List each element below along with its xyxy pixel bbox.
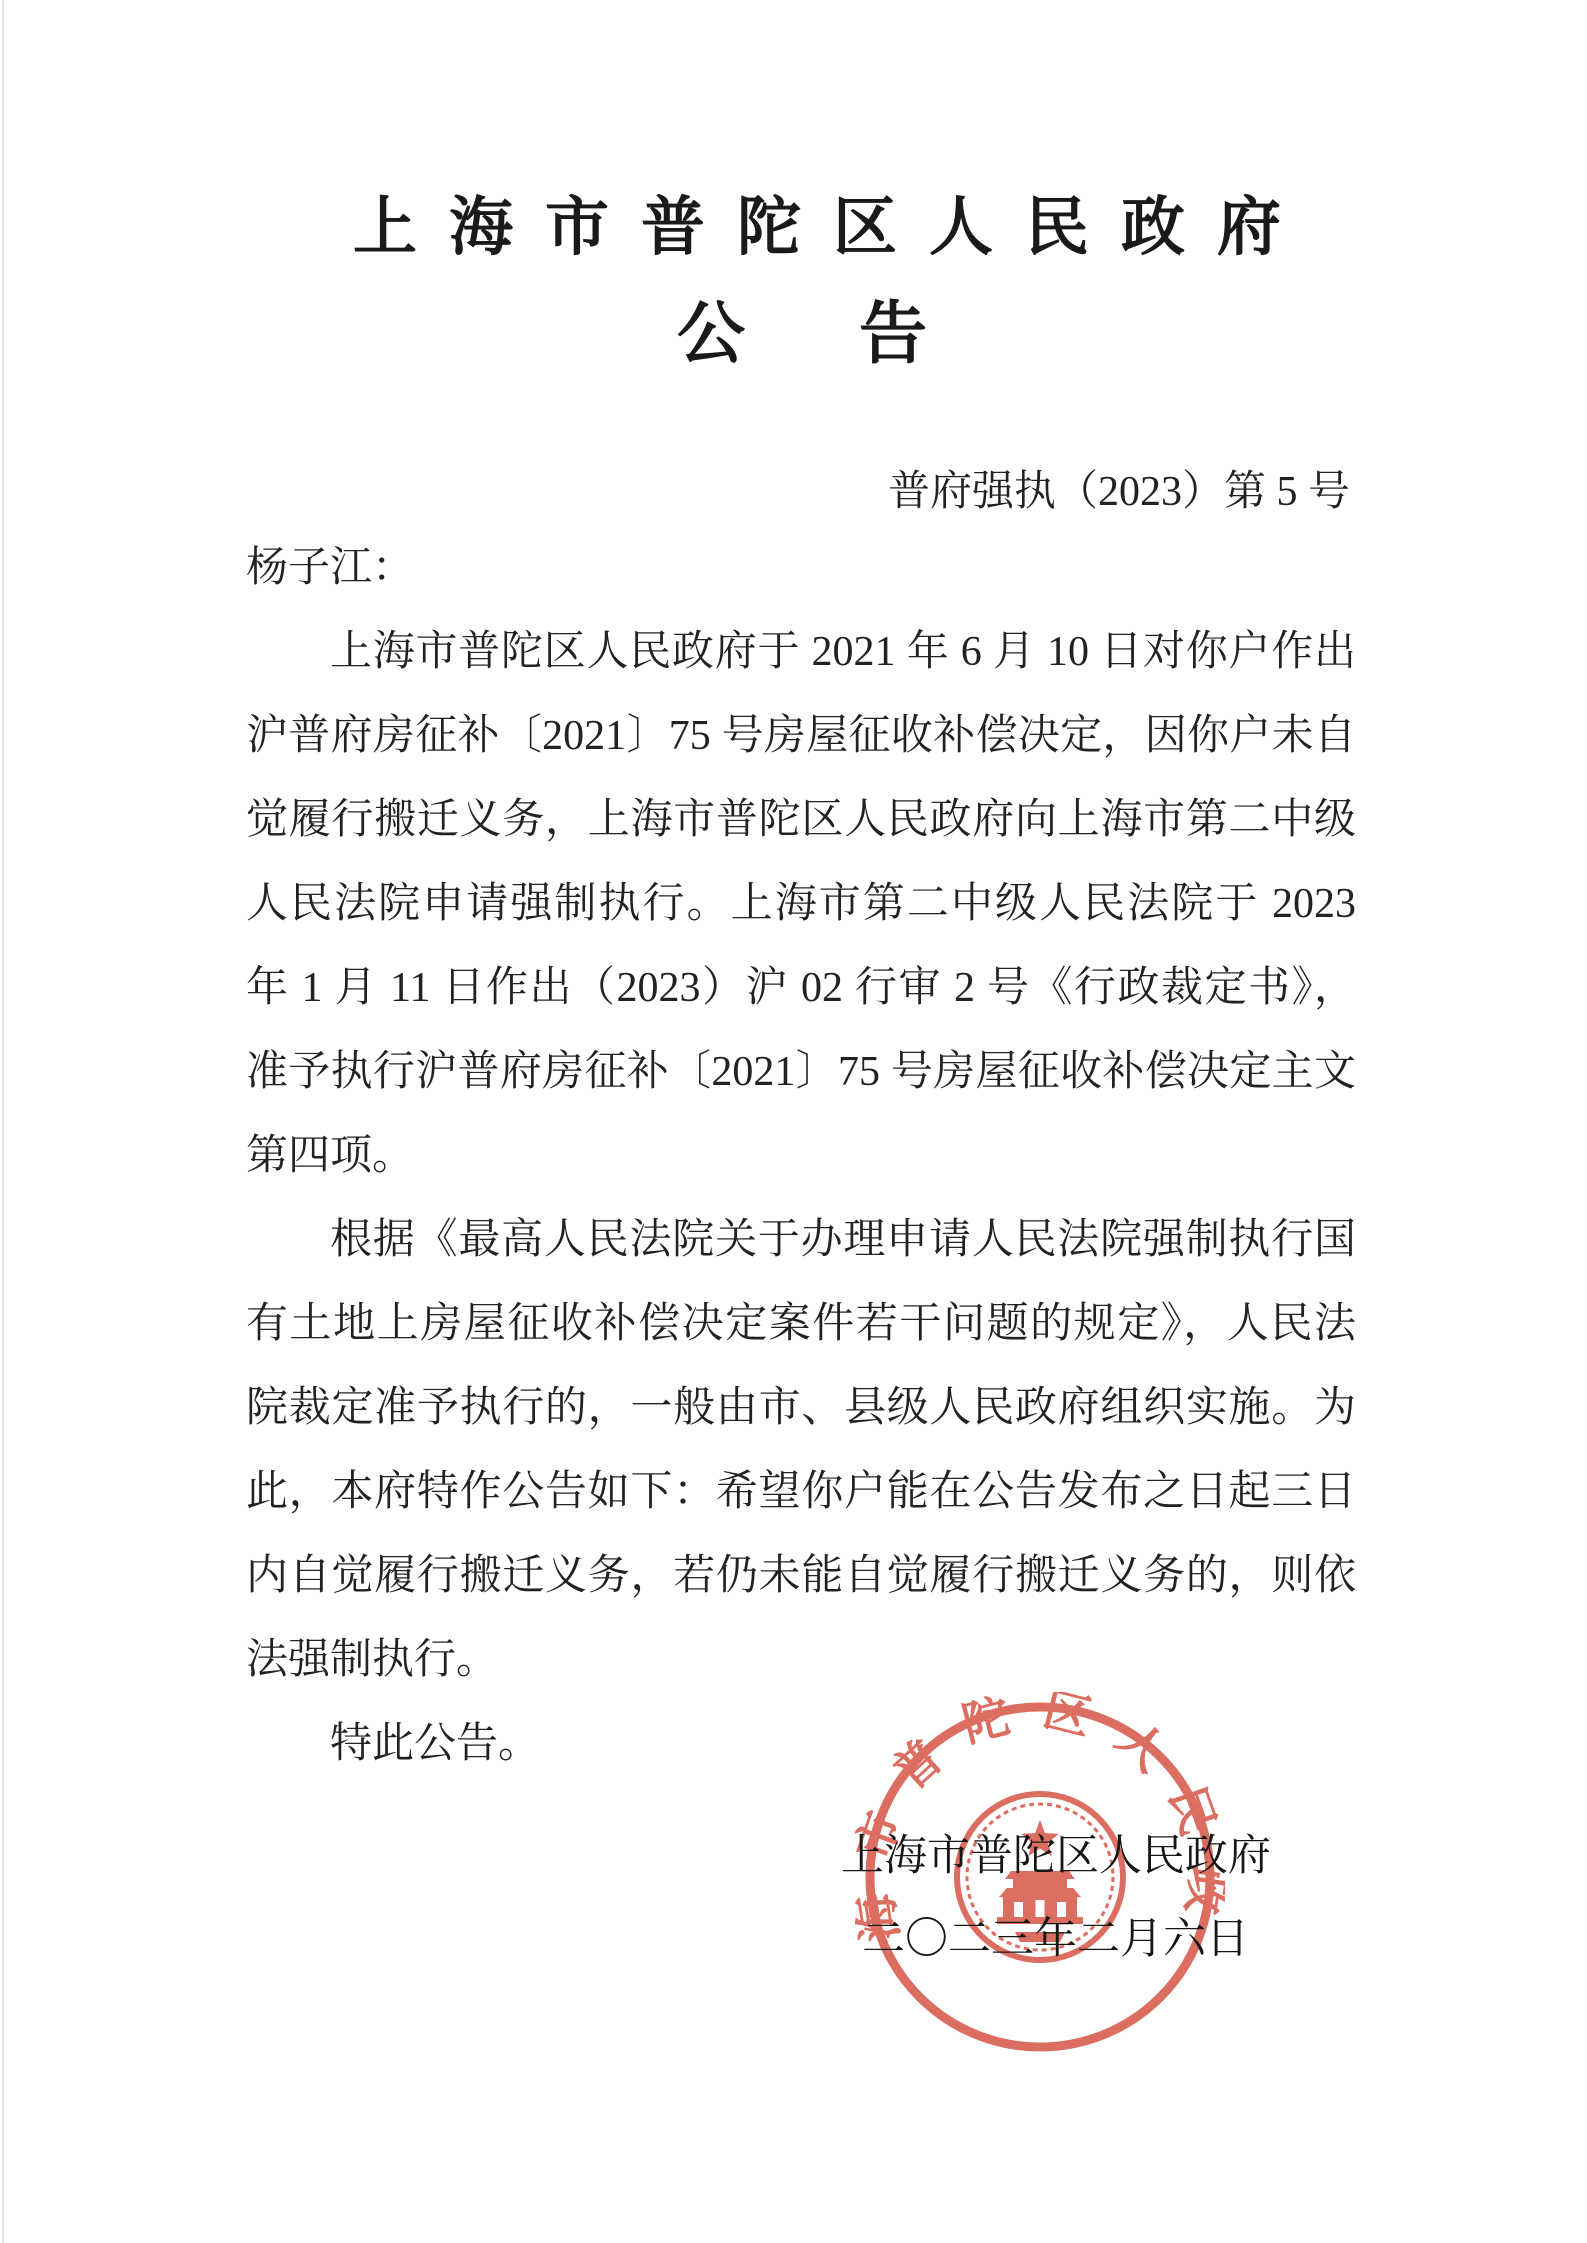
page-title: 上海市普陀区人民政府 bbox=[353, 196, 1313, 260]
body-line: 沪普府房征补〔2021〕75 号房屋征收补偿决定，因你户未自 bbox=[246, 694, 1356, 778]
page-subtitle: 公告 bbox=[677, 300, 1041, 368]
body-line: 人民法院申请强制执行。上海市第二中级人民法院于 2023 bbox=[246, 862, 1356, 946]
body-line: 准予执行沪普府房征补〔2021〕75 号房屋征收补偿决定主文 bbox=[246, 1030, 1356, 1114]
body-line: 院裁定准予执行的，一般由市、县级人民政府组织实施。为 bbox=[246, 1366, 1356, 1450]
body-line: 年 1 月 11 日作出（2023）沪 02 行审 2 号《行政裁定书》， bbox=[246, 946, 1356, 1030]
body-line: 有土地上房屋征收补偿决定案件若干问题的规定》，人民法 bbox=[246, 1282, 1356, 1366]
date: 二〇二三年二月六日 bbox=[862, 1918, 1249, 1962]
document-number: 普府强执（2023）第 5 号 bbox=[888, 470, 1350, 514]
body: 上海市普陀区人民政府于 2021 年 6 月 10 日对你户作出沪普府房征补〔2… bbox=[246, 610, 1356, 1786]
body-line: 此，本府特作公告如下：希望你户能在公告发布之日起三日 bbox=[246, 1450, 1356, 1534]
signature: 上海市普陀区人民政府 bbox=[841, 1835, 1271, 1879]
body-line: 上海市普陀区人民政府于 2021 年 6 月 10 日对你户作出 bbox=[246, 610, 1356, 694]
body-line: 觉履行搬迁义务，上海市普陀区人民政府向上海市第二中级 bbox=[246, 778, 1356, 862]
announcement-page: 上海市普陀区人民政府 公告 普府强执（2023）第 5 号 杨子江： 上海市普陀… bbox=[0, 0, 1587, 2243]
scan-edge-artifact bbox=[2, 0, 4, 2243]
body-line: 第四项。 bbox=[246, 1114, 1356, 1198]
body-line: 法强制执行。 bbox=[246, 1618, 1356, 1702]
body-line: 内自觉履行搬迁义务，若仍未能自觉履行搬迁义务的，则依 bbox=[246, 1534, 1356, 1618]
addressee: 杨子江： bbox=[246, 546, 414, 590]
body-line: 根据《最高人民法院关于办理申请人民法院强制执行国 bbox=[246, 1198, 1356, 1282]
